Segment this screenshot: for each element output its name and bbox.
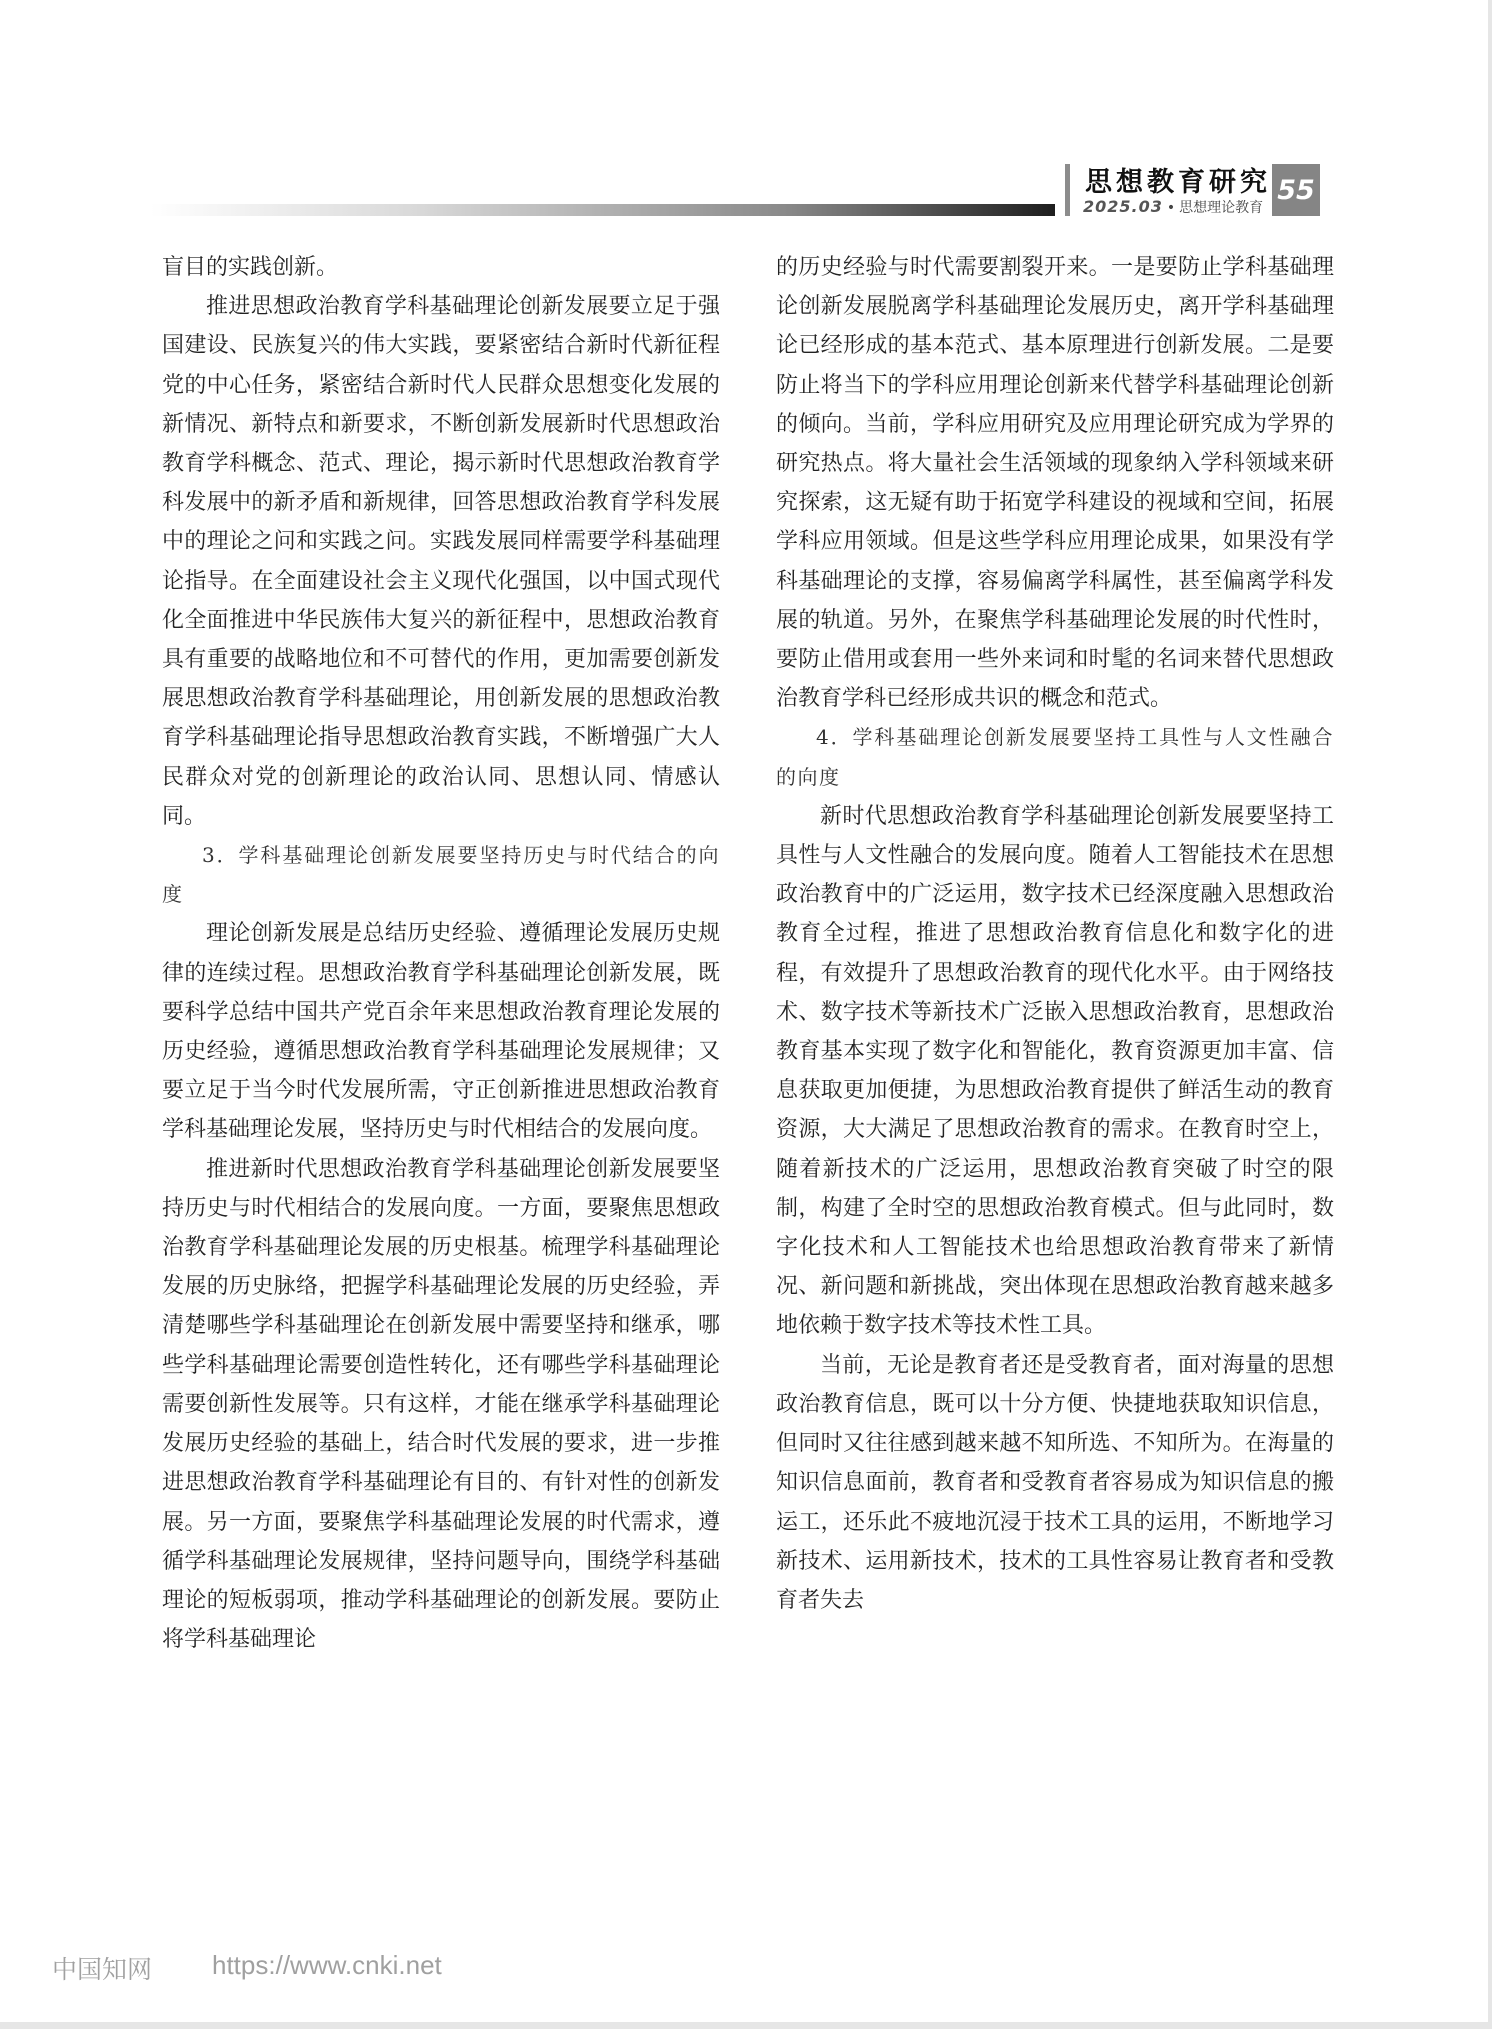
cnki-watermark-url[interactable]: https://www.cnki.net [212, 1950, 442, 1981]
issue-number: 2025.03 [1083, 197, 1163, 216]
document-page: 思想教育研究 2025.03•思想理论教育 55 盲目的实践创新。 推进思想政治… [0, 0, 1488, 2022]
paragraph: 新时代思想政治教育学科基础理论创新发展要坚持工具性与人文性融合的发展向度。随着人… [776, 797, 1334, 1346]
paragraph: 的历史经验与时代需要割裂开来。一是要防止学科基础理论创新发展脱离学科基础理论发展… [776, 248, 1334, 718]
section-heading-3: 3．学科基础理论创新发展要坚持历史与时代结合的向度 [162, 836, 720, 914]
paragraph: 推进新时代思想政治教育学科基础理论创新发展要坚持历史与时代相结合的发展向度。一方… [162, 1150, 720, 1660]
right-column: 的历史经验与时代需要割裂开来。一是要防止学科基础理论创新发展脱离学科基础理论发展… [776, 248, 1334, 1620]
header-divider [1065, 164, 1070, 216]
journal-title: 思想教育研究 [1085, 160, 1271, 199]
paragraph: 盲目的实践创新。 [162, 248, 720, 287]
page-number: 55 [1272, 164, 1320, 216]
header-gradient-bar [150, 204, 1055, 216]
section-name: 思想理论教育 [1179, 200, 1263, 216]
cnki-watermark-logo: 中国知网 [52, 1950, 152, 1986]
journal-issue-line: 2025.03•思想理论教育 [1083, 197, 1263, 217]
left-column: 盲目的实践创新。 推进思想政治教育学科基础理论创新发展要立足于强国建设、民族复兴… [162, 248, 720, 1659]
paragraph: 理论创新发展是总结历史经验、遵循理论发展历史规律的连续过程。思想政治教育学科基础… [162, 914, 720, 1149]
bullet-separator: • [1167, 200, 1175, 216]
section-heading-4: 4．学科基础理论创新发展要坚持工具性与人文性融合的向度 [776, 718, 1334, 796]
paragraph: 当前，无论是教育者还是受教育者，面对海量的思想政治教育信息，既可以十分方便、快捷… [776, 1346, 1334, 1620]
paragraph: 推进思想政治教育学科基础理论创新发展要立足于强国建设、民族复兴的伟大实践，要紧密… [162, 287, 720, 836]
